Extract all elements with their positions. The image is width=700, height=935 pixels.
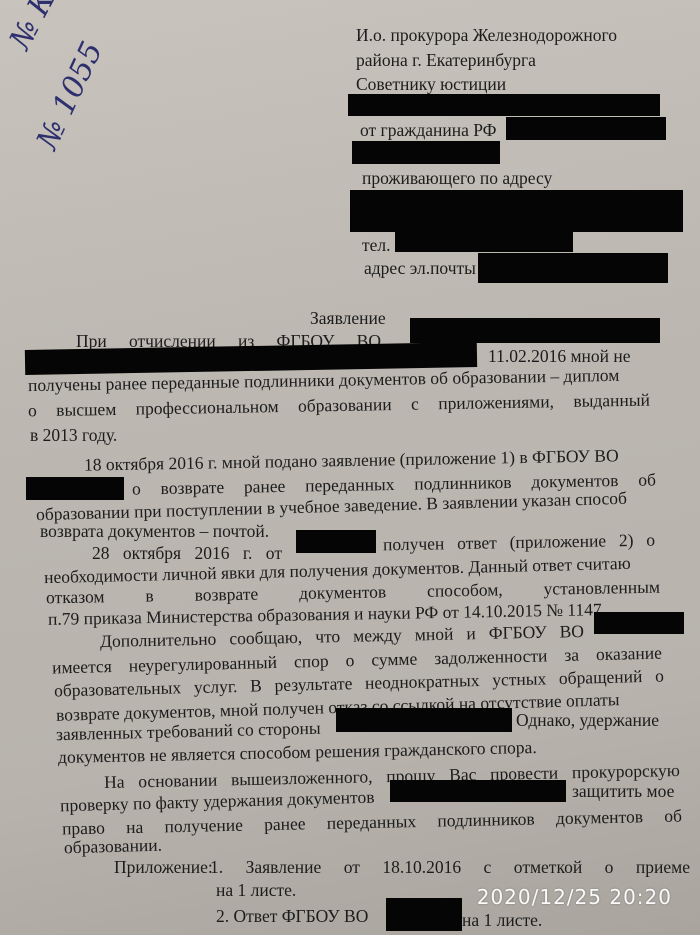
body-line: в 2013 году. bbox=[30, 425, 117, 445]
word: право bbox=[62, 818, 105, 839]
word: профессиональном bbox=[136, 396, 279, 418]
word: переданных bbox=[305, 474, 395, 496]
word: от bbox=[344, 857, 360, 877]
word: от bbox=[266, 543, 282, 563]
word: 28 bbox=[92, 543, 110, 563]
word: г. bbox=[243, 543, 253, 563]
word: за bbox=[564, 645, 579, 665]
redacted-applicant-name-1 bbox=[506, 117, 666, 140]
redacted-prosecutor-name bbox=[348, 94, 660, 116]
word: о bbox=[646, 530, 655, 550]
word: на bbox=[126, 817, 144, 837]
word: переданных bbox=[327, 811, 417, 833]
word: вышеизложенного, bbox=[231, 766, 373, 789]
word: В bbox=[250, 675, 262, 695]
word: получен bbox=[383, 533, 445, 554]
redacted-address bbox=[350, 190, 683, 232]
word: спор bbox=[294, 651, 329, 672]
word: приложениями, bbox=[438, 391, 554, 413]
word: (приложение bbox=[509, 530, 606, 552]
attachment-item-2-end: на 1 листе. bbox=[462, 910, 542, 930]
word: в bbox=[145, 585, 154, 605]
word: задолженности bbox=[434, 645, 548, 668]
word: о bbox=[345, 650, 354, 670]
word: октября bbox=[123, 543, 181, 563]
word: способом, bbox=[427, 579, 503, 600]
word: обращений bbox=[559, 666, 643, 688]
word: получение bbox=[164, 815, 243, 837]
redacted-university-short-1 bbox=[26, 477, 124, 500]
word: сумме bbox=[371, 649, 417, 670]
redacted-applicant-name-2 bbox=[352, 141, 500, 164]
word: неурегулированный bbox=[128, 652, 277, 676]
word: о bbox=[132, 478, 141, 498]
word: высшем bbox=[56, 399, 116, 420]
attachment-item-2: 2. Ответ ФГБОУ ВО bbox=[216, 906, 368, 926]
phone-label: тел. bbox=[362, 235, 391, 255]
body-line: возврата документов – почтой. bbox=[40, 521, 269, 541]
photo-timestamp: 2020/12/25 20:20 bbox=[477, 885, 672, 909]
word: устных bbox=[492, 668, 547, 689]
body-line: образовании. bbox=[64, 835, 163, 858]
word: приеме bbox=[636, 857, 690, 877]
word: ВО bbox=[559, 621, 584, 642]
word: 18.10.2016 bbox=[382, 857, 461, 877]
attachment-item-1-continuation: на 1 листе. bbox=[216, 880, 296, 900]
word: выданный bbox=[573, 390, 650, 411]
word: прокурорскую bbox=[572, 760, 680, 782]
redacted-university-short-4 bbox=[336, 708, 512, 732]
body-line: защитить мое bbox=[572, 781, 674, 801]
redacted-university-name-1 bbox=[410, 318, 660, 343]
word: о bbox=[655, 666, 664, 686]
word: о bbox=[605, 857, 614, 877]
redacted-university-short-5 bbox=[390, 780, 566, 802]
attachment-item-1: 1. Заявление от 18.10.2016 с отметкой о … bbox=[210, 857, 690, 877]
word: ранее bbox=[264, 813, 306, 834]
word: Дополнительно bbox=[100, 629, 217, 651]
body-line: получен ответ (приложение 2) о bbox=[383, 530, 655, 555]
handwritten-note-1: № Код bbox=[3, 0, 80, 55]
body-line: о высшем профессиональном образовании с … bbox=[28, 390, 650, 421]
word: о bbox=[28, 400, 37, 420]
word: отказом bbox=[46, 586, 105, 607]
word: неоднократных bbox=[365, 670, 480, 693]
word: образовании bbox=[298, 394, 392, 416]
document-title: Заявление bbox=[310, 308, 386, 328]
redacted-university-short-3 bbox=[594, 612, 684, 634]
word: установленным bbox=[543, 577, 660, 599]
word: отметкой bbox=[514, 857, 582, 877]
word: 1. bbox=[210, 857, 223, 877]
body-line: 28 октября 2016 г. от bbox=[92, 543, 282, 563]
word: На bbox=[104, 772, 125, 792]
word: услуг. bbox=[194, 676, 238, 697]
address-label: проживающего по адресу bbox=[362, 168, 552, 188]
attachments-label: Приложение: bbox=[114, 857, 213, 877]
word: образовательных bbox=[54, 677, 182, 700]
from-label: от гражданина РФ bbox=[360, 120, 497, 140]
word: 2016 bbox=[194, 543, 229, 563]
word: Заявление bbox=[246, 857, 322, 877]
addressee-line-2: района г. Екатеринбурга bbox=[356, 50, 536, 70]
redacted-email bbox=[478, 253, 668, 283]
word: 2) bbox=[619, 530, 634, 550]
redacted-phone bbox=[395, 232, 573, 252]
word: подлинников bbox=[437, 809, 535, 831]
word: об bbox=[638, 469, 656, 489]
redacted-university-short-6 bbox=[386, 898, 462, 931]
email-label: адрес эл.почты bbox=[364, 258, 476, 278]
redacted-university-short-2 bbox=[296, 530, 376, 553]
word: и bbox=[466, 623, 476, 643]
word: документов bbox=[299, 581, 386, 603]
word: между bbox=[353, 625, 402, 646]
word: ранее bbox=[244, 476, 286, 497]
word: основании bbox=[138, 770, 217, 792]
word: что bbox=[315, 626, 340, 647]
word: с bbox=[411, 394, 419, 414]
word: имеется bbox=[52, 656, 112, 677]
handwritten-note-2: № 1055 bbox=[30, 36, 110, 154]
body-line: Однако, удержание bbox=[516, 710, 659, 730]
word: оказание bbox=[596, 643, 662, 665]
body-line: 18 октября 2016 г. мной подано заявление… bbox=[84, 445, 619, 474]
word: сообщаю, bbox=[229, 627, 302, 649]
word: об bbox=[664, 806, 682, 826]
word: с bbox=[484, 857, 492, 877]
word: мной bbox=[415, 624, 454, 645]
addressee-line-3: Советнику юстиции bbox=[356, 74, 506, 94]
word: возврате bbox=[194, 584, 258, 605]
addressee-line-1: И.о. прокурора Железнодорожного bbox=[356, 25, 617, 45]
document-photo: № Код № 1055 И.о. прокурора Железнодорож… bbox=[0, 0, 700, 935]
word: ФГБОУ bbox=[489, 622, 547, 643]
word: документов bbox=[556, 806, 643, 828]
word: ответ bbox=[457, 532, 497, 553]
body-line: 11.02.2016 мной не bbox=[488, 346, 631, 366]
word: возврате bbox=[160, 477, 224, 498]
word: результате bbox=[274, 673, 352, 695]
